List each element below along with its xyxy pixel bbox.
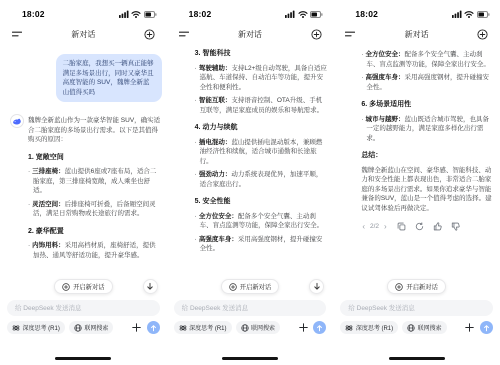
wifi-icon — [298, 10, 308, 18]
arrow-up-icon — [150, 324, 157, 332]
message-input-box[interactable] — [7, 300, 160, 316]
assistant-intro: 魏牌全新蓝山作为一款豪华智能 SUV，确实适合二胎家庭的多场景出行需求。以下是其… — [28, 116, 162, 145]
chat-scroll-area[interactable]: 二胎家庭，我想买一辆真正能够满足多场景出行，同时又豪华且高度智能的 SUV，魏牌… — [0, 44, 167, 296]
floating-controls: 开启新对话 — [0, 279, 167, 294]
whale-icon — [12, 117, 22, 126]
phone-screenshot-3: 18:02 新对话 ·全方位安全：配备多个安全气囊、主动刹车、盲点监测等功能，保… — [333, 0, 500, 365]
bullet-term: 城市与越野： — [365, 116, 404, 123]
bullet-item: ·全方位安全：配备多个安全气囊、主动刹车、盲点监测等功能，保障全家出行安全。 — [361, 50, 495, 69]
section-heading: 5. 安全性能 — [195, 197, 329, 207]
section-heading: 3. 智能科技 — [195, 49, 329, 59]
home-indicator — [389, 357, 445, 360]
send-button[interactable] — [480, 321, 493, 334]
menu-button[interactable] — [344, 28, 356, 40]
message-action-row: ‹ 2/2 › — [361, 222, 495, 232]
signal-icon — [285, 10, 295, 18]
battery-icon — [144, 11, 157, 18]
bullet-item: ·智能互联：支持语音控制、OTA升级、手机互联等，满足家庭成员的娱乐和导航需求。 — [195, 96, 329, 115]
add-attachment-button[interactable] — [297, 322, 309, 334]
summary-text: 魏牌全新蓝山在空间、豪华感、智能科技、动力和安全性能上都表现出色，非常适合二胎家… — [361, 166, 495, 214]
chat-scroll-area[interactable]: 3. 智能科技 ·驾驶辅助：支持L2+级自动驾驶，具备自适应巡航、车道保持、自动… — [167, 44, 334, 296]
new-chat-icon — [311, 29, 322, 40]
deep-think-button[interactable]: 深度思考 (R1) — [174, 321, 232, 334]
new-chat-pill-icon — [395, 283, 403, 291]
plus-icon — [299, 323, 308, 332]
composer: 深度思考 (R1) 联网搜索 — [0, 296, 167, 365]
thumbs-up-icon — [433, 222, 442, 231]
chat-scroll-area[interactable]: ·全方位安全：配备多个安全气囊、主动刹车、盲点监测等功能，保障全家出行安全。 ·… — [333, 44, 500, 296]
new-chat-pill-label: 开启新对话 — [73, 282, 104, 291]
status-bar: 18:02 — [333, 7, 500, 21]
new-chat-button[interactable] — [310, 28, 322, 40]
section-heading: 1. 宽敞空间 — [28, 153, 162, 163]
arrow-up-icon — [316, 324, 323, 332]
composer-tools: 深度思考 (R1) 联网搜索 — [340, 321, 493, 334]
bullet-item: ·驾驶辅助：支持L2+级自动驾驶，具备自适应巡航、车道保持、自动泊车等功能，提升… — [195, 64, 329, 93]
plus-icon — [465, 323, 474, 332]
bullet-term: 智能互联： — [199, 97, 232, 104]
composer: 深度思考 (R1) 联网搜索 — [167, 296, 334, 365]
nav-bar: 新对话 — [0, 24, 167, 44]
page-title: 新对话 — [238, 29, 262, 40]
new-chat-icon — [144, 29, 155, 40]
new-chat-pill-label: 开启新对话 — [240, 282, 271, 291]
new-chat-button[interactable] — [477, 28, 489, 40]
phone-screenshot-1: 18:02 新对话 二胎家庭，我想买一辆真正能够满足多场景出行，同时又豪华且高度… — [0, 0, 167, 365]
composer-tools: 深度思考 (R1) 联网搜索 — [174, 321, 327, 334]
scroll-down-button[interactable] — [143, 279, 158, 294]
signal-icon — [119, 10, 129, 18]
thumbs-up-button[interactable] — [433, 222, 442, 231]
assistant-avatar — [10, 114, 24, 128]
message-input[interactable] — [340, 300, 493, 316]
message-input[interactable] — [174, 300, 327, 316]
home-indicator — [222, 357, 278, 360]
atom-icon — [12, 324, 20, 332]
wifi-icon — [131, 10, 141, 18]
composer-tools: 深度思考 (R1) 联网搜索 — [7, 321, 160, 334]
section-heading: 6. 多场景适用性 — [361, 100, 495, 110]
deep-think-button[interactable]: 深度思考 (R1) — [340, 321, 398, 334]
assistant-message: 魏牌全新蓝山作为一款豪华智能 SUV，确实适合二胎家庭的多场景出行需求。以下是其… — [10, 114, 162, 264]
section-heading: 4. 动力与续航 — [195, 123, 329, 133]
atom-icon — [345, 324, 353, 332]
globe-icon — [241, 324, 249, 332]
bullet-item: ·强劲动力：动力系统表现优异，加速平顺，适合家庭出行。 — [195, 170, 329, 189]
new-chat-pill[interactable]: 开启新对话 — [221, 279, 279, 294]
bullet-term: 全方位安全： — [199, 213, 238, 220]
new-chat-pill[interactable]: 开启新对话 — [54, 279, 112, 294]
bullet-term: 高强度车身： — [365, 74, 404, 81]
copy-icon — [397, 222, 406, 231]
thumbs-down-icon — [451, 222, 460, 231]
bullet-term: 驾驶辅助： — [199, 65, 232, 72]
floating-controls: 开启新对话 — [333, 279, 500, 294]
arrow-down-icon — [146, 282, 154, 291]
add-attachment-button[interactable] — [131, 322, 143, 334]
bullet-term: 插电混动： — [199, 139, 232, 146]
send-button[interactable] — [313, 321, 326, 334]
nav-bar: 新对话 — [333, 24, 500, 44]
arrow-up-icon — [483, 324, 490, 332]
bullet-term: 内饰用料： — [32, 242, 65, 249]
new-chat-pill[interactable]: 开启新对话 — [387, 279, 445, 294]
screenshot-collage: 18:02 新对话 二胎家庭，我想买一辆真正能够满足多场景出行，同时又豪华且高度… — [0, 0, 500, 365]
status-bar: 18:02 — [0, 7, 167, 21]
pager-indicator: 2/2 — [370, 222, 379, 232]
page-title: 新对话 — [71, 29, 95, 40]
nav-bar: 新对话 — [167, 24, 334, 44]
globe-icon — [407, 324, 415, 332]
arrow-down-icon — [313, 282, 321, 291]
add-attachment-button[interactable] — [464, 322, 476, 334]
bullet-term: 高强度车身： — [199, 236, 238, 243]
web-search-button[interactable]: 联网搜索 — [69, 321, 114, 334]
section-heading: 2. 豪华配置 — [28, 227, 162, 237]
status-time: 18:02 — [355, 9, 378, 19]
bullet-term: 强劲动力： — [199, 171, 232, 178]
bullet-term: 全方位安全： — [365, 51, 404, 58]
page-title: 新对话 — [405, 29, 429, 40]
new-chat-pill-label: 开启新对话 — [406, 282, 437, 291]
bullet-term: 三排座椅： — [32, 168, 65, 175]
refresh-icon — [415, 222, 424, 231]
composer: 深度思考 (R1) 联网搜索 — [333, 296, 500, 365]
new-chat-button[interactable] — [144, 28, 156, 40]
regenerate-button[interactable] — [415, 222, 424, 231]
new-chat-pill-icon — [62, 283, 70, 291]
home-indicator — [55, 357, 111, 360]
bullet-item: ·全方位安全：配备多个安全气囊、主动刹车、盲点监测等功能，保障全家出行安全。 — [195, 212, 329, 231]
status-time: 18:02 — [22, 9, 45, 19]
floating-controls: 开启新对话 — [167, 279, 334, 294]
web-search-button[interactable]: 联网搜索 — [236, 321, 281, 334]
menu-button[interactable] — [11, 28, 23, 40]
scroll-down-button[interactable] — [309, 279, 324, 294]
menu-icon — [12, 30, 22, 38]
bullet-term: 灵活空间： — [32, 201, 65, 208]
battery-icon — [477, 11, 490, 18]
atom-icon — [179, 324, 187, 332]
plus-icon — [132, 323, 141, 332]
bullet-item: ·三排座椅：蓝山提供6座或7座布局，适合二胎家庭，第三排座椅宽敞，成人乘坐也舒适… — [28, 167, 162, 196]
battery-icon — [310, 11, 323, 18]
menu-icon — [179, 30, 189, 38]
bullet-item: ·灵活空间：后排座椅可折叠，后备厢空间灵活，满足日常购物或长途旅行的需求。 — [28, 200, 162, 219]
bullet-item: ·插电混动：蓝山提供插电混动版本，兼顾燃油经济性和续航，适合城市通勤和长途旅行。 — [195, 138, 329, 167]
copy-button[interactable] — [397, 222, 406, 231]
bullet-item: ·内饰用料：采用高档材质，座椅舒适，提供加热、通风等舒适功能，提升豪华感。 — [28, 241, 162, 260]
bullet-item: ·高强度车身：采用高强度钢材，提升碰撞安全性。 — [195, 235, 329, 254]
user-message-bubble: 二胎家庭，我想买一辆真正能够满足多场景出行，同时又豪华且高度智能的 SUV，魏牌… — [56, 54, 162, 102]
send-button[interactable] — [147, 321, 160, 334]
menu-icon — [345, 30, 355, 38]
globe-icon — [74, 324, 82, 332]
thumbs-down-button[interactable] — [451, 222, 460, 231]
status-bar: 18:02 — [167, 7, 334, 21]
pager-next-button[interactable]: › — [383, 223, 388, 231]
summary-heading: 总结： — [361, 151, 495, 161]
web-search-button[interactable]: 联网搜索 — [402, 321, 447, 334]
pager-prev-button[interactable]: ‹ — [361, 223, 366, 231]
message-input-box[interactable] — [340, 300, 493, 316]
phone-screenshot-2: 18:02 新对话 3. 智能科技 ·驾驶辅助：支持L2+级自动驾驶，具备自适应… — [167, 0, 334, 365]
wifi-icon — [464, 10, 474, 18]
menu-button[interactable] — [178, 28, 190, 40]
message-input-box[interactable] — [174, 300, 327, 316]
message-input[interactable] — [7, 300, 160, 316]
deep-think-button[interactable]: 深度思考 (R1) — [7, 321, 65, 334]
status-time: 18:02 — [189, 9, 212, 19]
bullet-item: ·高强度车身：采用高强度钢材，提升碰撞安全性。 — [361, 73, 495, 92]
signal-icon — [452, 10, 462, 18]
new-chat-icon — [477, 29, 488, 40]
bullet-item: ·城市与越野：蓝山既适合城市驾驶，也具备一定的越野能力，满足家庭多样化出行需求。 — [361, 115, 495, 144]
new-chat-pill-icon — [229, 283, 237, 291]
